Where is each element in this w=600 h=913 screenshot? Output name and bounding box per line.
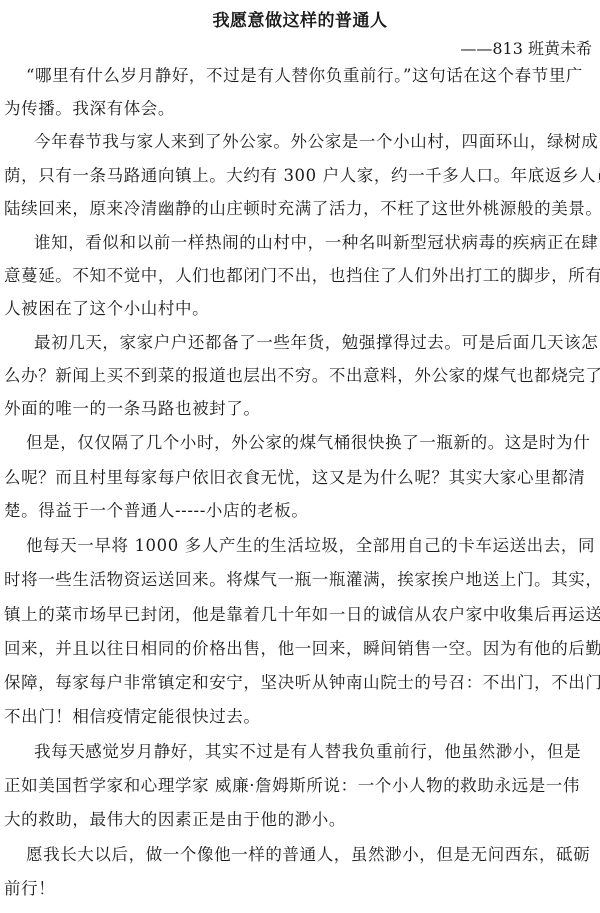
document-page: 我愿意做这样的普通人 ——813 班黄未希 “哪里有什么岁月静好，不过是有人替你… xyxy=(0,0,600,913)
text-line: “哪里有什么岁月静好，不过是有人替你负重前行。”这句话在这个春节里广 xyxy=(4,66,598,86)
text-line: 时将一些生活物资运送回来。将煤气一瓶一瓶灌满，挨家挨户地送上门。其实， xyxy=(4,570,598,590)
text-line: 陆续回来，原来冷清幽静的山庄顿时充满了活力，不枉了这世外桃源般的美景。 xyxy=(4,199,598,219)
text-line: 人被困在了这个小山村中。 xyxy=(4,299,598,319)
text-line: 为传播。我深有体会。 xyxy=(4,99,598,119)
text-line: 我每天感觉岁月静好，其实不过是有人替我负重前行，他虽然渺小，但是 xyxy=(4,742,598,762)
text-line: 荫，只有一条马路通向镇上。大约有 300 户人家，约一千多人口。年底返乡人员 xyxy=(4,166,598,186)
essay-title: 我愿意做这样的普通人 xyxy=(0,6,600,31)
essay-author: ——813 班黄未希 xyxy=(460,36,592,59)
text-line: 意蔓延。不知不觉中，人们也都闭门不出，也挡住了人们外出打工的脚步，所有 xyxy=(4,266,598,286)
text-line: 愿我长大以后，做一个像他一样的普通人，虽然渺小，但是无问西东，砥砺 xyxy=(4,845,598,865)
text-line: 正如美国哲学家和心理学家 威廉·詹姆斯所说：一个小人物的救助永远是一伟 xyxy=(4,776,598,796)
text-line: 么呢？而且村里每家每户依旧衣食无忧，这又是为什么呢？其实大家心里都清 xyxy=(4,468,598,488)
text-line: 他每天一早将 1000 多人产生的生活垃圾，全部用自己的卡车运送出去，同 xyxy=(4,536,598,556)
text-line: 镇上的菜市场早已封闭，他是靠着几十年如一日的诚信从农户家中收集后再运送 xyxy=(4,605,598,625)
text-line: 回来，并且以往日相同的价格出售，他一回来，瞬间销售一空。因为有他的后勤 xyxy=(4,639,598,659)
text-line: 不出门！相信疫情定能很快过去。 xyxy=(4,707,598,727)
text-line: 但是，仅仅隔了几个小时，外公家的煤气桶很快换了一瓶新的。这是时为什 xyxy=(4,433,598,453)
text-line: 前行！ xyxy=(4,879,598,899)
text-line: 谁知，看似和以前一样热闹的山村中，一种名叫新型冠状病毒的疾病正在肆 xyxy=(4,233,598,253)
text-line: 么办？新闻上买不到菜的报道也层出不穷。不出意料，外公家的煤气也都烧完了。 xyxy=(4,366,598,386)
text-line: 外面的唯一的一条马路也被封了。 xyxy=(4,399,598,419)
text-line: 最初几天，家家户户还都备了一些年货，勉强撑得过去。可是后面几天该怎 xyxy=(4,333,598,353)
text-line: 今年春节我与家人来到了外公家。外公家是一个小山村，四面环山，绿树成 xyxy=(4,132,598,152)
text-line: 保障，每家每户非常镇定和安宁，坚决听从钟南山院士的号召：不出门，不出门， xyxy=(4,673,598,693)
text-line: 楚。得益于一个普通人-----小店的老板。 xyxy=(4,501,598,521)
text-line: 大的救助，最伟大的因素正是由于他的渺小。 xyxy=(4,810,598,830)
